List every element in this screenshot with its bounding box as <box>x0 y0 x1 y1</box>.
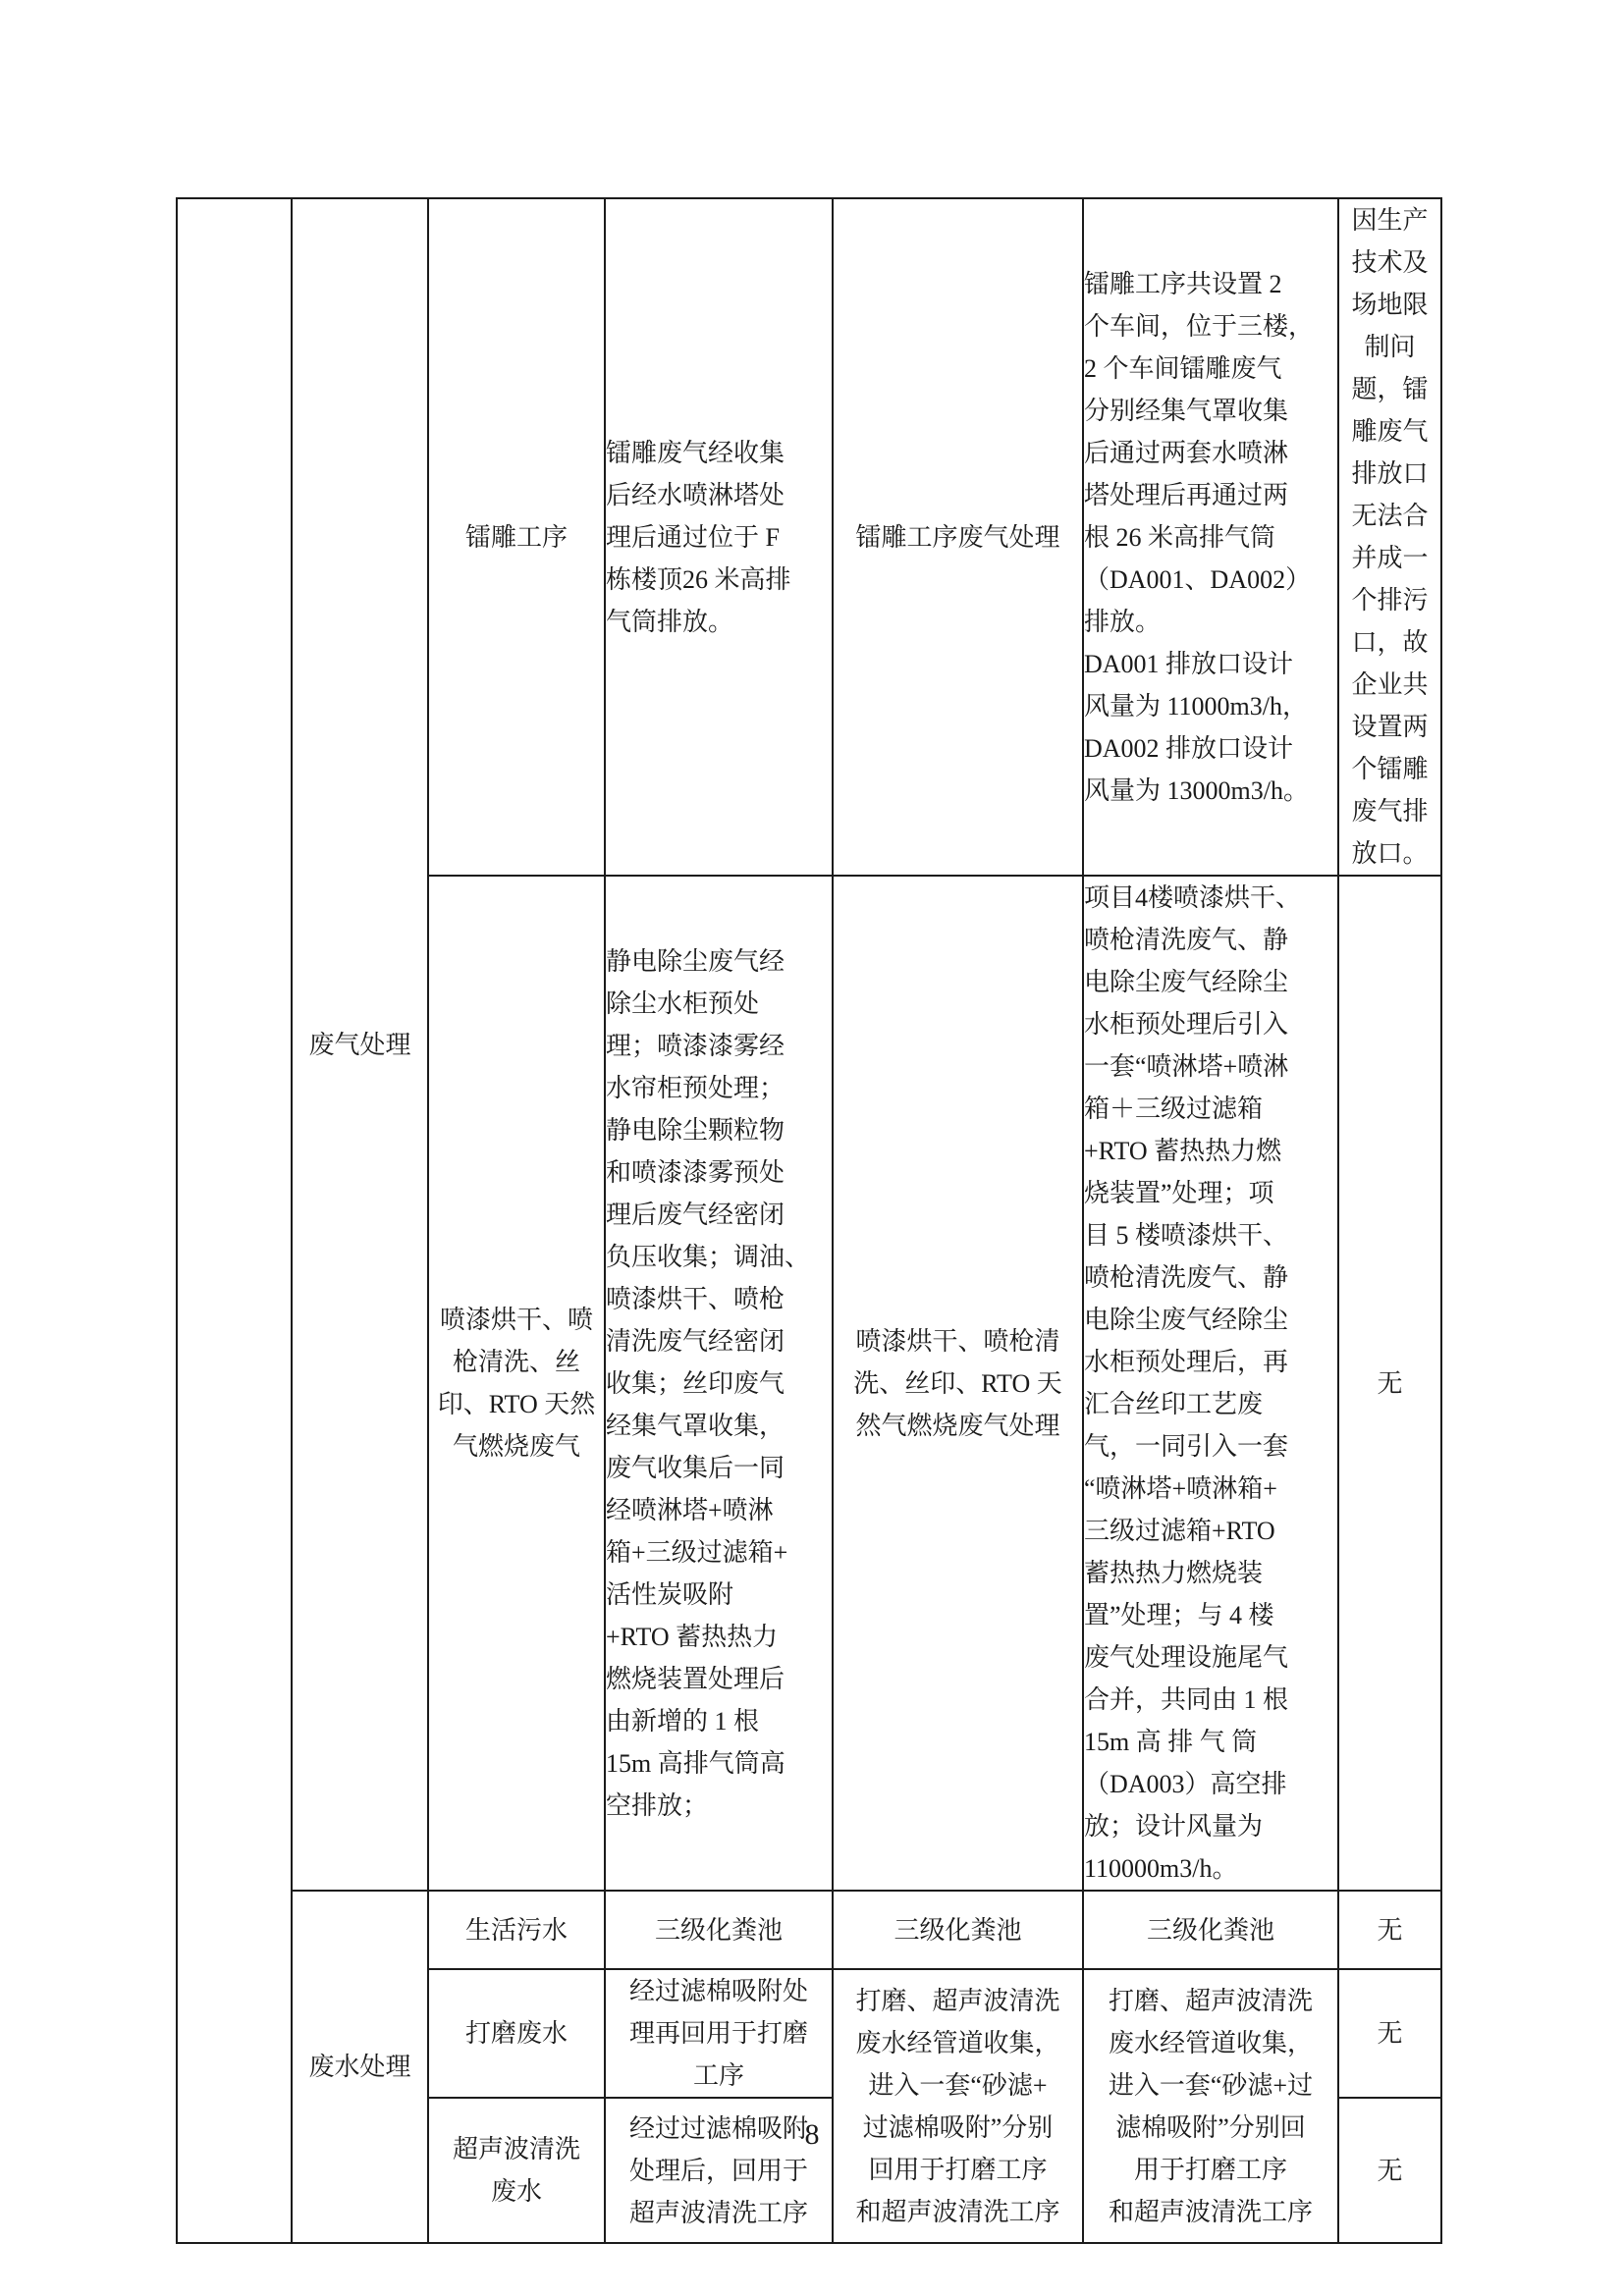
process-label-spray-painting: 喷漆烘干、喷 枪清洗、丝 印、RTO 天然 气燃烧废气 <box>428 876 605 1891</box>
treatment-desc-grinding-wastewater: 经过滤棉吸附处 理再回用于打磨 工序 <box>605 1969 833 2098</box>
facility-detail-grinding-ultrasonic: 打磨、超声波清洗 废水经管道收集， 进入一套“砂滤+过 滤棉吸附”分别回 用于打… <box>1083 1969 1338 2243</box>
remark-grinding-wastewater: 无 <box>1338 1969 1441 2098</box>
treatment-desc-laser-engraving: 镭雕废气经收集 后经水喷淋塔处 理后通过位于 F 栋楼顶26 米高排 气筒排放。 <box>605 198 833 876</box>
section-label-wastewater: 废水处理 <box>292 1891 428 2243</box>
remark-laser-engraving: 因生产 技术及 场地限 制问 题，镭 雕废气 排放口 无法合 并成一 个排污 口… <box>1338 198 1441 876</box>
facility-name-grinding-ultrasonic: 打磨、超声波清洗 废水经管道收集， 进入一套“砂滤+ 过滤棉吸附”分别 回用于打… <box>833 1969 1083 2243</box>
facility-detail-spray-painting: 项目4楼喷漆烘干、 喷枪清洗废气、静 电除尘废气经除尘 水柜预处理后引入 一套“… <box>1083 876 1338 1891</box>
process-label-grinding-wastewater: 打磨废水 <box>428 1969 605 2098</box>
process-label-domestic-sewage: 生活污水 <box>428 1891 605 1969</box>
facility-detail-domestic-sewage: 三级化粪池 <box>1083 1891 1338 1969</box>
facility-name-spray-painting: 喷漆烘干、喷枪清 洗、丝印、RTO 天 然气燃烧废气处理 <box>833 876 1083 1891</box>
remark-spray-painting: 无 <box>1338 876 1441 1891</box>
treatment-desc-spray-painting: 静电除尘废气经 除尘水柜预处 理；喷漆漆雾经 水帘柜预处理； 静电除尘颗粒物 和… <box>605 876 833 1891</box>
facility-name-domestic-sewage: 三级化粪池 <box>833 1891 1083 1969</box>
treatment-desc-domestic-sewage: 三级化粪池 <box>605 1891 833 1969</box>
facility-name-laser-engraving: 镭雕工序废气处理 <box>833 198 1083 876</box>
facility-detail-laser-engraving: 镭雕工序共设置 2 个车间，位于三楼， 2 个车间镭雕废气 分别经集气罩收集 后… <box>1083 198 1338 876</box>
document-page: { "page": { "number": "8" }, "table": { … <box>0 0 1624 2296</box>
remark-domestic-sewage: 无 <box>1338 1891 1441 1969</box>
spanner-empty-cell <box>177 198 292 2243</box>
page-number: 8 <box>0 2118 1624 2152</box>
process-label-laser-engraving: 镭雕工序 <box>428 198 605 876</box>
treatment-facilities-table: 废气处理 镭雕工序 镭雕废气经收集 后经水喷淋塔处 理后通过位于 F 栋楼顶26… <box>176 197 1442 2244</box>
section-label-waste-gas: 废气处理 <box>292 198 428 1891</box>
